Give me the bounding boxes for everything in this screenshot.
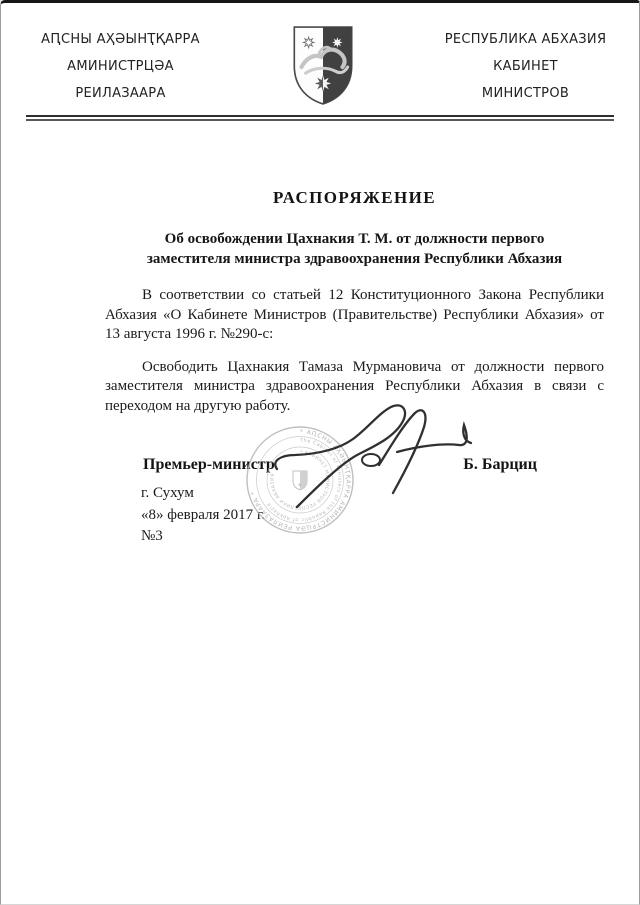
abkhazia-coat-of-arms-icon <box>292 25 354 107</box>
document-subject: Об освобождении Цахнакия Т. М. от должно… <box>105 230 604 269</box>
signer-name: Б. Барциц <box>463 456 537 474</box>
subject-line: заместителя министра здравоохранения Рес… <box>105 250 604 270</box>
letterhead-right-line: КАБИНЕТ <box>422 53 629 80</box>
letterhead-left-line: АԤСНЫ АҲӘЫНҬҚАРРА <box>17 26 224 53</box>
letterhead-right-russian: РЕСПУБЛИКА АБХАЗИЯ КАБИНЕТ МИНИСТРОВ <box>422 26 629 107</box>
letterhead: АԤСНЫ АҲӘЫНҬҚАРРА АМИНИСТРЦӘА РЕИЛАЗААРА… <box>1 3 639 107</box>
paragraph-resolution: Освободить Цахнакия Тамаза Мурмановича о… <box>105 358 604 417</box>
document-footer: г. Сухум «8» февраля 2017 г. №3 <box>141 483 604 548</box>
footer-city: г. Сухум <box>141 483 604 505</box>
signer-position: Премьер-министр <box>143 456 275 474</box>
letterhead-right-line: МИНИСТРОВ <box>422 80 629 107</box>
letterhead-right-line: РЕСПУБЛИКА АБХАЗИЯ <box>422 26 629 53</box>
document-body: РАСПОРЯЖЕНИЕ Об освобождении Цахнакия Т.… <box>105 188 604 548</box>
footer-number: №3 <box>141 526 604 548</box>
letterhead-left-line: РЕИЛАЗААРА <box>17 80 224 107</box>
paragraph-legal-basis: В соответствии со статьей 12 Конституцио… <box>105 286 604 345</box>
subject-line: Об освобождении Цахнакия Т. М. от должно… <box>105 230 604 250</box>
letterhead-double-rule <box>26 115 614 121</box>
signature-row: Премьер-министр Б. Барциц <box>143 456 604 474</box>
letterhead-left-line: АМИНИСТРЦӘА <box>17 53 224 80</box>
document-title: РАСПОРЯЖЕНИЕ <box>105 188 604 208</box>
letterhead-left-abkhaz: АԤСНЫ АҲӘЫНҬҚАРРА АМИНИСТРЦӘА РЕИЛАЗААРА <box>17 26 224 107</box>
footer-date: «8» февраля 2017 г. <box>141 505 604 527</box>
scanned-decree-document: АԤСНЫ АҲӘЫНҬҚАРРА АМИНИСТРЦӘА РЕИЛАЗААРА… <box>0 0 640 905</box>
